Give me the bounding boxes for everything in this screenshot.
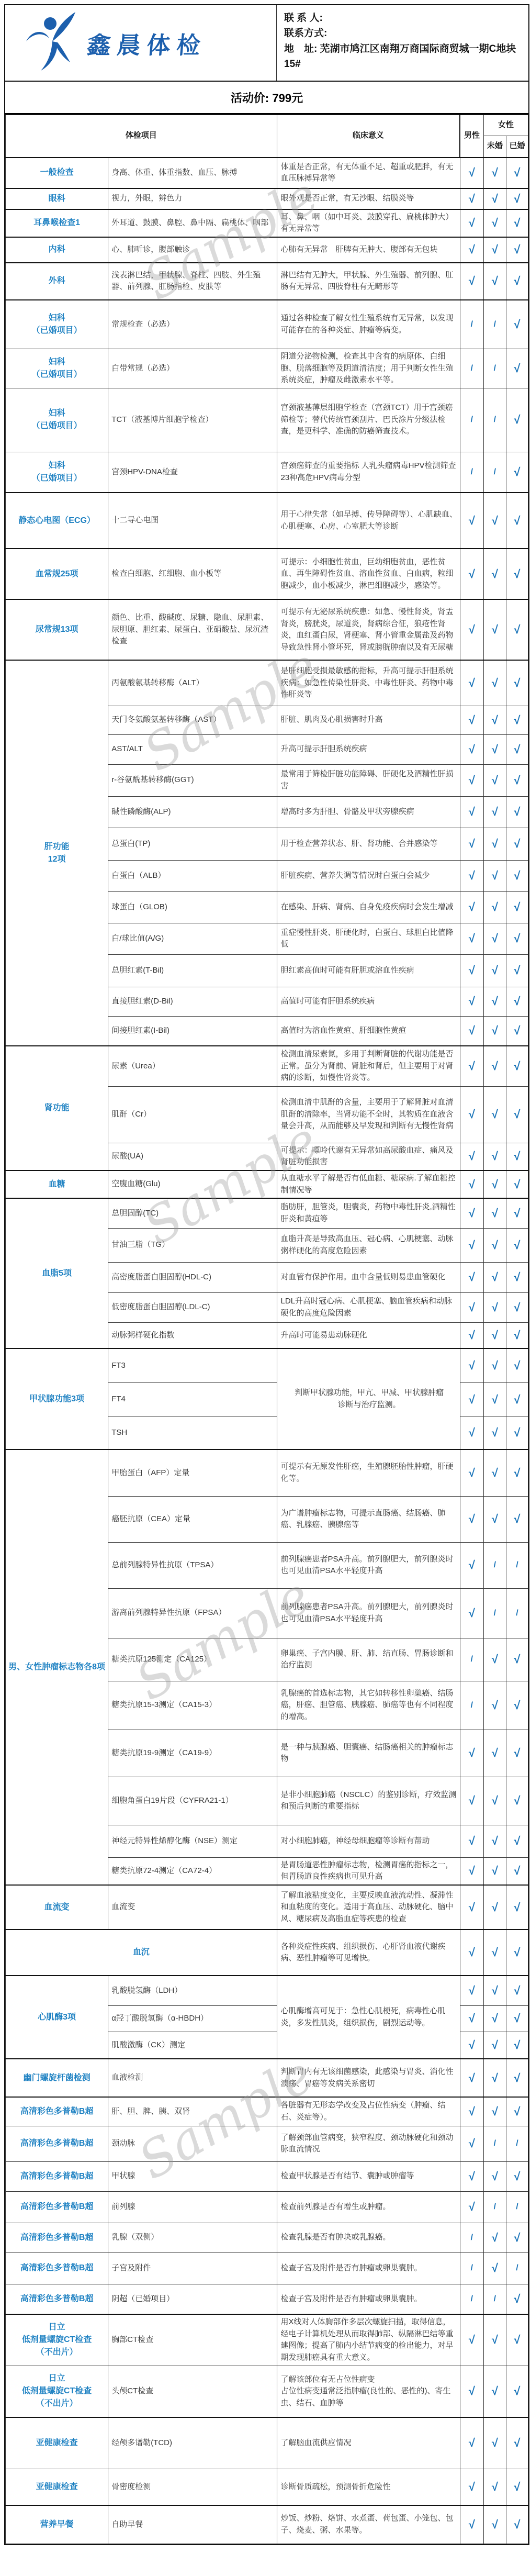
check-mark: √ — [506, 2469, 528, 2505]
meaning-cell: 前列腺癌患者PSA升高。前列腺肥大，前列腺炎时也可见血清PSA水平轻度升高 — [277, 1588, 460, 1638]
check-mark: √ — [483, 2366, 506, 2417]
check-mark: √ — [483, 828, 506, 860]
item-cell: 细胞角蛋白19片段（CYFRA21-1） — [108, 1777, 277, 1825]
item-cell: 身高、体重、体重指数、血压、脉搏 — [108, 158, 277, 188]
na-slash-mark: / — [506, 2252, 528, 2284]
meaning-cell: 耳、鼻、咽（如中耳炎、鼓膜穿孔、扁桃体肿大）有无异常等 — [277, 209, 460, 237]
check-mark: √ — [506, 158, 528, 188]
meaning-cell: 增高时多为肝胆、骨骼及甲状旁腺疾病 — [277, 796, 460, 828]
check-mark: √ — [483, 2059, 506, 2097]
check-mark: √ — [506, 2417, 528, 2469]
check-mark: √ — [483, 1930, 506, 1976]
group-cell: 亚健康检查 — [6, 2417, 108, 2469]
check-mark: √ — [483, 734, 506, 764]
exam-table-head: 体检项目 临床意义 男性 女性 未婚 已婚 — [6, 115, 528, 158]
item-cell: 胸部CT检查 — [108, 2314, 277, 2366]
meaning-cell: LDL升高时冠心病、心肌梗塞、脑血管疾病和动脉硬化的高度危险因素 — [277, 1292, 460, 1322]
check-mark: √ — [460, 1976, 483, 2005]
group-cell: 甲状腺功能3项 — [6, 1348, 108, 1449]
meaning-cell: 是胃肠道恶性肿瘤标志物，检测胃癌的指标之一，但胃肠道良性疾病也可见升高 — [277, 1857, 460, 1885]
table-row: 妇科 （已婚项目）TCT（液基博片细胞学检查）宫颈液基薄层细胞学检查（宫颈TCT… — [6, 388, 528, 452]
meaning-cell: 乳腺癌的首选标志物，其它如转移性卵巢癌、结肠癌，肝癌、胆管癌、胰腺癌、肺癌等也有… — [277, 1681, 460, 1730]
check-mark: √ — [483, 706, 506, 734]
table-row: 日立 低剂量螺旋CT检查 （不出片）胸部CT检查用X线对人体胸部作多层次螺旋扫描… — [6, 2314, 528, 2366]
check-mark: √ — [506, 1930, 528, 1976]
item-cell: 肝、胆、脾、胰、双肾 — [108, 2097, 277, 2126]
na-slash-mark: / — [483, 452, 506, 493]
meaning-cell: 可提示有无泌尿系统疾患：如急、慢性肾炎，肾盂肾炎，膀胱炎，尿道炎，肾病综合征，狼… — [277, 599, 460, 660]
check-mark: √ — [483, 1976, 506, 2005]
item-cell: 总蛋白(TP) — [108, 828, 277, 860]
check-mark: √ — [483, 1292, 506, 1322]
meaning-cell: 了解血液粘度变化，主要反映血液流动性、凝滞性和血粘度的变化。适用于高血压、动脉硬… — [277, 1885, 460, 1930]
item-cell: 颜色、比重、酸碱度、尿糖、隐血、尿胆素、尿胆原、胆红素、尿蛋白、亚硝酸盐、尿沉渣… — [108, 599, 277, 660]
check-mark: √ — [506, 764, 528, 796]
check-mark: √ — [483, 660, 506, 706]
logo-cell: 鑫晨体检 — [5, 5, 277, 81]
contact-person: 联 系 人: — [284, 10, 522, 26]
check-mark: √ — [460, 2191, 483, 2223]
na-slash-mark: / — [483, 388, 506, 452]
item-cell: 视力，外眼，辨色力 — [108, 188, 277, 209]
table-row: 外科浅表淋巴结，甲状腺、脊柱、四肢、外生殖器、前列腺、肛肠指检、皮肤等淋巴结有无… — [6, 263, 528, 300]
check-mark: √ — [506, 1496, 528, 1542]
meaning-cell: 前列腺癌患者PSA升高。前列腺肥大，前列腺炎时也可见血清PSA水平轻度升高 — [277, 1542, 460, 1588]
check-mark: √ — [506, 1638, 528, 1681]
contact-address: 地 址: 芜湖市鸠江区南翔万商国际商贸城一期C地块15# — [284, 41, 522, 72]
item-cell: 自助早餐 — [108, 2505, 277, 2544]
item-cell: 颈动脉 — [108, 2126, 277, 2161]
item-cell: 白/球比值(A/G) — [108, 923, 277, 954]
check-mark: √ — [483, 1496, 506, 1542]
check-mark: √ — [483, 923, 506, 954]
check-mark: √ — [483, 860, 506, 891]
meaning-cell: 心肺有无异常 肝脾有无肿大、腹部有无包块 — [277, 237, 460, 263]
table-row: 血糖空腹血糖(Glu)从血糖水平了解是否有低血糖、糖尿病.了解血糖控制情况等√√… — [6, 1170, 528, 1198]
check-mark: √ — [483, 1857, 506, 1885]
group-cell: 妇科 （已婚项目） — [6, 388, 108, 452]
check-mark: √ — [483, 158, 506, 188]
check-mark: √ — [506, 828, 528, 860]
meaning-cell: 对小细胞肺癌，神经母细胞瘤等诊断有帮助 — [277, 1825, 460, 1857]
item-cell: 骨密度检测 — [108, 2469, 277, 2505]
check-mark: √ — [483, 599, 506, 660]
item-cell: 心、肺听诊，腹部触诊 — [108, 237, 277, 263]
item-cell: 子宫及附件 — [108, 2252, 277, 2284]
item-cell: FT4 — [108, 1382, 277, 1417]
meaning-cell: 从血糖水平了解是否有低血糖、糖尿病.了解血糖控制情况等 — [277, 1170, 460, 1198]
col-header-female: 女性 — [483, 115, 528, 136]
meaning-cell: 重症慢性肝炎、肝硬化时，白蛋白、球胆白比值降低 — [277, 923, 460, 954]
check-mark: √ — [483, 1086, 506, 1143]
group-cell: 外科 — [6, 263, 108, 300]
check-mark: √ — [460, 2097, 483, 2126]
group-cell: 幽门螺旋杆菌检测 — [6, 2059, 108, 2097]
table-row: 亚健康检查经颅多谱勒(TCD)了解脑血流供应情况√√√ — [6, 2417, 528, 2469]
check-mark: √ — [460, 2161, 483, 2191]
meaning-cell: 是肝细胞受损最敏感的指标，升高可提示肝胆系统疾病：如急性传染性肝炎、中毒性肝炎、… — [277, 660, 460, 706]
table-row: 高清彩色多普勒B超肝、胆、脾、胰、双肾各脏器有无形态学改变及占位性病变（肿瘤、结… — [6, 2097, 528, 2126]
group-cell: 亚健康检查 — [6, 2469, 108, 2505]
check-mark: √ — [483, 2505, 506, 2544]
table-row: 高清彩色多普勒B超甲状腺检查甲状腺是否有结节、囊肿或肿瘤等√√√ — [6, 2161, 528, 2191]
item-cell: 动脉粥样硬化指数 — [108, 1322, 277, 1348]
check-mark: √ — [483, 1417, 506, 1449]
check-mark: √ — [460, 828, 483, 860]
check-mark: √ — [460, 188, 483, 209]
table-row: 血脂5项总胆固醇(TC)脂肪肝，胆管炎，胆囊炎，药物中毒性肝炎,酒精性肝炎和黄疸… — [6, 1198, 528, 1228]
col-header-married: 已婚 — [506, 136, 528, 158]
check-mark: √ — [506, 891, 528, 923]
item-cell: 甲胎蛋白（AFP）定量 — [108, 1449, 277, 1496]
check-mark: √ — [460, 2505, 483, 2544]
meaning-cell: 炒饭、炒粉、烙饼、水煮蛋、荷包蛋、小笼包、包子、烧麦、粥、水果等。 — [277, 2505, 460, 2544]
item-cell: 检查白细胞、红细胞、血小板等 — [108, 549, 277, 599]
check-mark: √ — [483, 1322, 506, 1348]
item-cell: α羟丁酸脱氢酶（α-HBDH） — [108, 2005, 277, 2032]
check-mark: √ — [460, 1198, 483, 1228]
item-cell: 天门冬氨酸氨基转移酶（AST） — [108, 706, 277, 734]
group-cell: 血流变 — [6, 1885, 108, 1930]
check-mark: √ — [506, 1348, 528, 1382]
price-row: 活动价: 799元 — [5, 82, 528, 115]
check-mark: √ — [460, 549, 483, 599]
check-mark: √ — [460, 954, 483, 987]
item-cell: 间接胆红素(I-Bil) — [108, 1016, 277, 1046]
item-cell: 甲状腺 — [108, 2161, 277, 2191]
check-mark: √ — [483, 237, 506, 263]
check-mark: √ — [460, 237, 483, 263]
check-mark: √ — [460, 1730, 483, 1777]
item-cell: 糖类抗原125测定（CA125） — [108, 1638, 277, 1681]
na-slash-mark: / — [483, 1542, 506, 1588]
meaning-cell: 检查乳腺是否有肿块或乳腺癌。 — [277, 2223, 460, 2252]
table-row: 亚健康检查骨密度检测诊断骨质疏松，预测骨折危险性√√√ — [6, 2469, 528, 2505]
check-mark: √ — [483, 1681, 506, 1730]
check-mark: √ — [506, 1976, 528, 2005]
check-mark: √ — [506, 300, 528, 349]
group-cell: 高清彩色多普勒B超 — [6, 2126, 108, 2161]
item-cell: 血流变 — [108, 1885, 277, 1930]
meaning-cell: 在感染、肝病、肾病、自身免疫疾病时会发生增减 — [277, 891, 460, 923]
item-cell: 神经元特异性烯醇化酶（NSE）测定 — [108, 1825, 277, 1857]
table-row: 血常规25项检查白细胞、红细胞、血小板等可提示：小细胞性贫血，巨幼细胞贫血，恶性… — [6, 549, 528, 599]
meaning-cell: 眼外观是否正常，有无沙眼、结膜炎等 — [277, 188, 460, 209]
check-mark: √ — [483, 2223, 506, 2252]
check-mark: √ — [506, 1143, 528, 1170]
item-cell: 低密度脂蛋白胆固醇(LDL-C) — [108, 1292, 277, 1322]
group-cell: 男、女性肿瘤标志物各8项 — [6, 1449, 108, 1885]
check-mark: √ — [483, 764, 506, 796]
col-header-item: 体检项目 — [6, 115, 277, 158]
meaning-cell: 对血管有保护作用。血中含量低则易患血管硬化 — [277, 1262, 460, 1292]
item-cell: 游离前列腺特异性抗原（FPSA） — [108, 1588, 277, 1638]
check-mark: √ — [506, 954, 528, 987]
item-cell: 头颅CT检查 — [108, 2366, 277, 2417]
check-mark: √ — [506, 1086, 528, 1143]
group-cell: 营养早餐 — [6, 2505, 108, 2544]
check-mark: √ — [460, 1857, 483, 1885]
check-mark: √ — [506, 1170, 528, 1198]
na-slash-mark: / — [506, 2126, 528, 2161]
meaning-cell: 血脂升高是导致高血压、冠心病、心肌梗塞、动脉粥样硬化的高度危险因素 — [277, 1228, 460, 1262]
check-mark: √ — [460, 1449, 483, 1496]
table-row: 妇科 （已婚项目）白带常规（必选）阴道分泌物检测，检查其中含有的病原体、白细胞、… — [6, 349, 528, 388]
check-mark: √ — [506, 1016, 528, 1046]
table-row: 高清彩色多普勒B超乳腺（双侧）检查乳腺是否有肿块或乳腺癌。/√√ — [6, 2223, 528, 2252]
check-mark: √ — [506, 549, 528, 599]
item-cell: FT3 — [108, 1348, 277, 1382]
check-mark: √ — [483, 2005, 506, 2032]
check-mark: √ — [460, 1016, 483, 1046]
check-mark: √ — [506, 2314, 528, 2366]
group-cell: 高清彩色多普勒B超 — [6, 2097, 108, 2126]
check-mark: √ — [506, 2505, 528, 2544]
check-mark: √ — [506, 2032, 528, 2059]
check-mark: √ — [460, 2366, 483, 2417]
na-slash-mark: / — [460, 349, 483, 388]
meaning-cell: 最常用于筛检肝脏功能障碍、肝硬化及酒精性肝损害 — [277, 764, 460, 796]
check-mark: √ — [460, 2469, 483, 2505]
meaning-cell: 为广谱肿瘤标志物，可提示直肠癌、结肠癌、肺癌、乳腺癌、胰腺癌等 — [277, 1496, 460, 1542]
table-row: 高清彩色多普勒B超颈动脉了解颈部血管病变，狭窄程度、颈动脉硬化和颈动脉血流情况√… — [6, 2126, 528, 2161]
item-cell: 浅表淋巴结，甲状腺、脊柱、四肢、外生殖器、前列腺、肛肠指检、皮肤等 — [108, 263, 277, 300]
check-mark: √ — [460, 1382, 483, 1417]
item-cell: 癌胚抗原（CEA）定量 — [108, 1496, 277, 1542]
table-row: 甲状腺功能3项FT3判断甲状腺功能，甲亢、甲减、甲状腺肿瘤 诊断与治疗监测。√√… — [6, 1348, 528, 1382]
group-cell: 妇科 （已婚项目） — [6, 349, 108, 388]
check-mark: √ — [460, 493, 483, 549]
item-cell: 经颅多谱勒(TCD) — [108, 2417, 277, 2469]
table-row: 一般检查身高、体重、体重指数、血压、脉搏体重是否正常，有无体重不足、超重或肥胖，… — [6, 158, 528, 188]
table-row: 幽门螺旋杆菌检测血液检测判断胃内有无该细菌感染，此感染与胃炎、消化性溃疡、胃癌等… — [6, 2059, 528, 2097]
group-cell: 高清彩色多普勒B超 — [6, 2252, 108, 2284]
item-cell: 糖类抗原72-4测定（CA72-4） — [108, 1857, 277, 1885]
meaning-cell: 是一种与胰腺癌、胆囊癌、结肠癌相关的肿瘤标志物 — [277, 1730, 460, 1777]
na-slash-mark: / — [483, 2191, 506, 2223]
meaning-cell: 肝脏疾病、营养失调等情况时白蛋白会减少 — [277, 860, 460, 891]
meaning-cell: 阴道分泌物检测，检查其中含有的病原体、白细胞、脱落细胞等及阴道清洁度；用于判断女… — [277, 349, 460, 388]
table-row: 营养早餐自助早餐炒饭、炒粉、烙饼、水煮蛋、荷包蛋、小笼包、包子、烧麦、粥、水果等… — [6, 2505, 528, 2544]
check-mark: √ — [483, 2161, 506, 2191]
check-mark: √ — [460, 2126, 483, 2161]
check-mark: √ — [483, 549, 506, 599]
page: Sample Sample Sample Sample Sample 鑫晨体检 — [0, 0, 531, 2576]
item-cell: 甘油三脂（TG） — [108, 1228, 277, 1262]
check-mark: √ — [506, 860, 528, 891]
item-cell: 高密度脂蛋白胆固醇(HDL-C) — [108, 1262, 277, 1292]
check-mark: √ — [506, 2059, 528, 2097]
meaning-cell: 诊断骨质疏松，预测骨折危险性 — [277, 2469, 460, 2505]
check-mark: √ — [460, 923, 483, 954]
table-row: 日立 低剂量螺旋CT检查 （不出片）头颅CT检查了解该部位有无占位性病变 占位性… — [6, 2366, 528, 2417]
table-row: 高清彩色多普勒B超前列腺检查前列腺是否有增生或肿瘤。√// — [6, 2191, 528, 2223]
check-mark: √ — [460, 1348, 483, 1382]
group-cell: 高清彩色多普勒B超 — [6, 2191, 108, 2223]
meaning-cell: 用X线对人体胸部作多层次螺旋扫描，取得信息，经电子计算机处理从而取得肺部、纵隔淋… — [277, 2314, 460, 2366]
meaning-cell: 检测血清中肌酐的含量，主要用于了解肾脏对血清肌酐的清除率，当肾功能不全时，其物质… — [277, 1086, 460, 1143]
check-mark: √ — [483, 209, 506, 237]
item-cell: 空腹血糖(Glu) — [108, 1170, 277, 1198]
check-mark: √ — [460, 764, 483, 796]
na-slash-mark: / — [460, 2252, 483, 2284]
na-slash-mark: / — [506, 1542, 528, 1588]
meaning-cell: 肝脏、肌肉及心肌损害时升高 — [277, 706, 460, 734]
item-cell: 尿素（Urea） — [108, 1046, 277, 1086]
na-slash-mark: / — [460, 2284, 483, 2314]
brand-figure-icon — [25, 11, 80, 75]
meaning-cell: 升高可提示肝胆系统疾病 — [277, 734, 460, 764]
check-mark: √ — [506, 1681, 528, 1730]
check-mark: √ — [483, 1262, 506, 1292]
check-mark: √ — [506, 388, 528, 452]
item-cell: 阴超（已婚项目） — [108, 2284, 277, 2314]
brand-name: 鑫晨体检 — [86, 26, 208, 60]
col-header-unmarried: 未婚 — [483, 136, 506, 158]
meaning-cell: 可提示：嘌呤代谢有无异常如高尿酸血症、痛风及肾脏功能损害 — [277, 1143, 460, 1170]
check-mark: √ — [483, 1046, 506, 1086]
check-mark: √ — [483, 1777, 506, 1825]
group-cell: 耳鼻喉检查1 — [6, 209, 108, 237]
check-mark: √ — [483, 263, 506, 300]
item-cell: 总前列腺特异性抗原（TPSA） — [108, 1542, 277, 1588]
na-slash-mark: / — [483, 1588, 506, 1638]
check-mark: √ — [483, 954, 506, 987]
check-mark: √ — [483, 987, 506, 1016]
na-slash-mark: / — [483, 300, 506, 349]
check-mark: √ — [460, 734, 483, 764]
check-mark: √ — [506, 987, 528, 1016]
check-mark: √ — [460, 1588, 483, 1638]
group-cell: 妇科 （已婚项目） — [6, 300, 108, 349]
check-mark: √ — [460, 1777, 483, 1825]
group-cell: 尿常规13项 — [6, 599, 108, 660]
check-mark: √ — [483, 1228, 506, 1262]
check-mark: √ — [460, 158, 483, 188]
table-row: 血流变血流变了解血液粘度变化，主要反映血液流动性、凝滞性和血粘度的变化。适用于高… — [6, 1885, 528, 1930]
check-mark: √ — [483, 1382, 506, 1417]
check-mark: √ — [483, 1348, 506, 1382]
exam-sheet: 鑫晨体检 联 系 人: 联系方式: 地 址: 芜湖市鸠江区南翔万商国际商贸城一期… — [4, 4, 529, 2545]
na-slash-mark: / — [506, 2191, 528, 2223]
check-mark: √ — [460, 1046, 483, 1086]
group-cell: 血沉 — [6, 1930, 277, 1976]
table-row: 肾功能尿素（Urea）检测血清尿素氮，多用于判断肾脏的代谢功能是否正常。虽分为肾… — [6, 1046, 528, 1086]
item-cell: 球蛋白（GLOB) — [108, 891, 277, 923]
check-mark: √ — [506, 923, 528, 954]
check-mark: √ — [460, 1417, 483, 1449]
meaning-cell: 胆红素高值时可能有肝胆或溶血性疾病 — [277, 954, 460, 987]
group-cell: 静态心电图（ECG） — [6, 493, 108, 549]
check-mark: √ — [460, 1086, 483, 1143]
check-mark: √ — [483, 796, 506, 828]
check-mark: √ — [460, 660, 483, 706]
check-mark: √ — [506, 1046, 528, 1086]
item-cell: 糖类抗原15-3测定（CA15-3） — [108, 1681, 277, 1730]
table-row: 内科心、肺听诊，腹部触诊心肺有无异常 肝脾有无肿大、腹部有无包块√√√ — [6, 237, 528, 263]
group-cell: 一般检查 — [6, 158, 108, 188]
meaning-cell: 高值时为溶血性黄疸、肝细胞性黄疸 — [277, 1016, 460, 1046]
item-cell: 丙氨酸氨基转移酶（ALT） — [108, 660, 277, 706]
item-cell: r-谷氨酰基转移酶(GGT) — [108, 764, 277, 796]
check-mark: √ — [460, 2005, 483, 2032]
meaning-cell: 用于心律失常（如早搏、传导障碍等）、心肌缺血、心肌梗塞、心房、心室肥大等诊断 — [277, 493, 460, 549]
meaning-cell: 可提示有无原发性肝癌，生殖腺胚胎性肿瘤，肝硬化等。 — [277, 1449, 460, 1496]
check-mark: √ — [506, 209, 528, 237]
item-cell: 白带常规（必选） — [108, 349, 277, 388]
col-header-male: 男性 — [460, 115, 483, 158]
check-mark: √ — [506, 2005, 528, 2032]
check-mark: √ — [506, 452, 528, 493]
check-mark: √ — [506, 493, 528, 549]
group-cell: 日立 低剂量螺旋CT检查 （不出片） — [6, 2314, 108, 2366]
table-row: 妇科 （已婚项目）宫颈HPV-DNA检查宫颈癌筛查的重要指标 人乳头瘤病毒HPV… — [6, 452, 528, 493]
check-mark: √ — [483, 1825, 506, 1857]
group-cell: 心肌酶3项 — [6, 1976, 108, 2059]
check-mark: √ — [483, 1016, 506, 1046]
meaning-cell: 卵巢癌、子宫内膜、肝、肺、结直肠、胃肠诊断和治疗监测 — [277, 1638, 460, 1681]
item-cell: 总胆固醇(TC) — [108, 1198, 277, 1228]
check-mark: √ — [460, 209, 483, 237]
check-mark: √ — [460, 2032, 483, 2059]
check-mark: √ — [506, 237, 528, 263]
group-cell: 眼科 — [6, 188, 108, 209]
check-mark: √ — [460, 2417, 483, 2469]
check-mark: √ — [483, 1638, 506, 1681]
check-mark: √ — [506, 2284, 528, 2314]
meaning-cell: 各种炎症性疾病、组织损伤、心肝肾血液代谢疾病、恶性肿瘤等可见增快。 — [277, 1930, 460, 1976]
meaning-cell: 检查甲状腺是否有结节、囊肿或肿瘤等 — [277, 2161, 460, 2191]
table-row: 肝功能 12项丙氨酸氨基转移酶（ALT）是肝细胞受损最敏感的指标，升高可提示肝胆… — [6, 660, 528, 706]
check-mark: √ — [460, 599, 483, 660]
item-cell: 白蛋白（ALB） — [108, 860, 277, 891]
contact-method: 联系方式: — [284, 26, 522, 41]
group-cell: 血糖 — [6, 1170, 108, 1198]
check-mark: √ — [506, 796, 528, 828]
check-mark: √ — [460, 891, 483, 923]
check-mark: √ — [506, 1417, 528, 1449]
item-cell: 乳腺（双侧） — [108, 2223, 277, 2252]
check-mark: √ — [483, 1885, 506, 1930]
check-mark: √ — [506, 1885, 528, 1930]
check-mark: √ — [483, 1449, 506, 1496]
table-row: 静态心电图（ECG）十二导心电图用于心律失常（如早搏、传导障碍等）、心肌缺血、心… — [6, 493, 528, 549]
top-header: 鑫晨体检 联 系 人: 联系方式: 地 址: 芜湖市鸠江区南翔万商国际商贸城一期… — [5, 5, 528, 82]
meaning-cell: 升高时可能易患动脉硬化 — [277, 1322, 460, 1348]
check-mark: √ — [460, 1930, 483, 1976]
check-mark: √ — [506, 1382, 528, 1417]
table-row: 心肌酶3项乳酸脱氢酶（LDH）心肌酶增高可见于：急性心肌梗死，病毒性心肌炎，多发… — [6, 1976, 528, 2005]
check-mark: √ — [460, 1228, 483, 1262]
item-cell: 肌酸激酶（CK）测定 — [108, 2032, 277, 2059]
na-slash-mark: / — [483, 2284, 506, 2314]
col-header-meaning: 临床意义 — [277, 115, 460, 158]
check-mark: √ — [483, 2314, 506, 2366]
na-slash-mark: / — [460, 452, 483, 493]
meaning-cell: 检查前列腺是否有增生或肿瘤。 — [277, 2191, 460, 2223]
meaning-cell: 各脏器有无形态学改变及占位性病变（肿瘤、结石、炎症等）。 — [277, 2097, 460, 2126]
check-mark: √ — [506, 1262, 528, 1292]
check-mark: √ — [506, 1228, 528, 1262]
meaning-cell: 了解该部位有无占位性病变 占位性病变通常泛指肿瘤(良性的、恶性的)、寄生虫、结石… — [277, 2366, 460, 2417]
item-cell: 肌酐（Cr） — [108, 1086, 277, 1143]
meaning-cell: 淋巴结有无肿大，甲状腺、外生殖器、前列腺、肛肠有无异常、四肢脊柱有无畸形等 — [277, 263, 460, 300]
check-mark: √ — [483, 2417, 506, 2469]
check-mark: √ — [506, 660, 528, 706]
group-cell: 内科 — [6, 237, 108, 263]
na-slash-mark: / — [460, 1681, 483, 1730]
meaning-cell: 宫颈癌筛查的重要指标 人乳头瘤病毒HPV检测筛查23种高危HPV病毒分型 — [277, 452, 460, 493]
